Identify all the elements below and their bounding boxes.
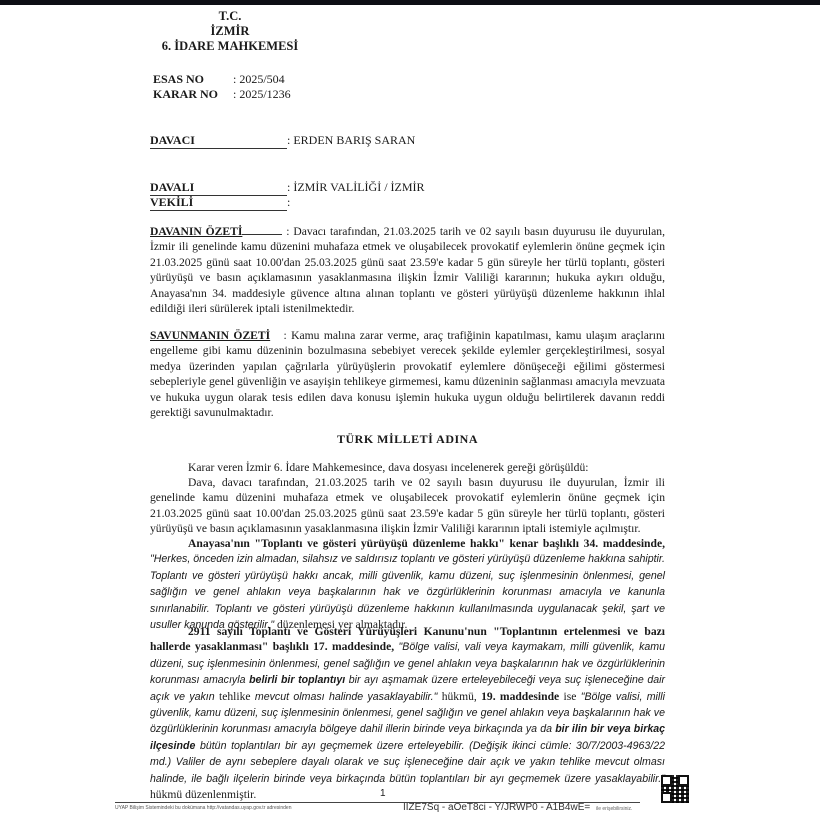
davanin-ozeti-label: DAVANIN ÖZETİ	[150, 225, 242, 238]
p3-quote: "Herkes, önceden izin almadan, silahsız …	[150, 553, 665, 631]
karar-no: KARAR NO: 2025/1236	[153, 87, 291, 102]
footer-verification-prefix: UYAP Bilişim Sistemindeki bu dokümana ht…	[115, 805, 291, 811]
p4-plain-3: ise	[559, 690, 581, 703]
p4-bold-2: 19. maddesinde	[481, 690, 559, 703]
party-davaci: DAVACI: ERDEN BARIŞ SARAN	[150, 133, 415, 149]
party-vekili: VEKİLİ:	[150, 195, 290, 211]
top-bar	[0, 0, 820, 5]
page-number: 1	[380, 788, 386, 799]
p4-emph-1: belirli bir toplantıyı	[249, 674, 345, 686]
karar-label: KARAR NO	[153, 87, 233, 102]
davaci-label: DAVACI	[150, 133, 287, 149]
header-court: 6. İDARE MAHKEMESİ	[140, 38, 320, 54]
qr-code-icon	[661, 775, 689, 803]
body-p2: Dava, davacı tarafından, 21.03.2025 tari…	[150, 475, 665, 537]
davanin-ozeti-text: : Davacı tarafından, 21.03.2025 tarih ve…	[150, 225, 665, 315]
p3-bold: Anayasa'nın "Toplantı ve gösteri yürüyüş…	[188, 537, 665, 550]
davali-value: : İZMİR VALİLİĞİ / İZMİR	[287, 180, 425, 194]
footer-verification-suffix: ile erişebilirsiniz.	[596, 806, 632, 812]
p4-tail: hükmü düzenlenmiştir.	[150, 788, 256, 801]
p4-quote-3: mevcut olması halinde yasaklayabilir."	[251, 691, 438, 703]
davaci-value: : ERDEN BARIŞ SARAN	[287, 133, 415, 147]
party-davali: DAVALI: İZMİR VALİLİĞİ / İZMİR	[150, 180, 425, 196]
vekili-label: VEKİLİ	[150, 195, 287, 211]
body-p4: 2911 sayılı Toplantı ve Gösteri Yürüyüşl…	[150, 624, 665, 802]
savunmanin-ozeti-text: : Kamu malına zarar verme, araç trafiğin…	[150, 329, 665, 419]
esas-value: : 2025/504	[233, 72, 285, 86]
body-p1: Karar veren İzmir 6. İdare Mahkemesince,…	[150, 460, 665, 475]
decision-title: TÜRK MİLLETİ ADINA	[150, 432, 665, 447]
p4-plain-2: hükmü,	[437, 690, 481, 703]
body-p3: Anayasa'nın "Toplantı ve gösteri yürüyüş…	[150, 536, 665, 633]
davanin-ozeti: DAVANIN ÖZETİ : Davacı tarafından, 21.03…	[150, 224, 665, 316]
esas-label: ESAS NO	[153, 72, 233, 87]
p4-plain-1: tehlike	[219, 690, 251, 703]
footer-verification-code: IIZE7Sq - aOeT8ci - Y/JRWP0 - A1B4wE=	[403, 802, 590, 813]
savunmanin-ozeti: SAVUNMANIN ÖZETİ : Kamu malına zarar ver…	[150, 328, 665, 420]
p4-quote-5: bütün toplantıları bir ayı geçmemek üzer…	[150, 740, 665, 785]
document-page: T.C. İZMİR 6. İDARE MAHKEMESİ ESAS NO: 2…	[0, 0, 820, 818]
header-tc: T.C.	[160, 8, 300, 24]
savunmanin-ozeti-label: SAVUNMANIN ÖZETİ	[150, 329, 270, 342]
karar-value: : 2025/1236	[233, 87, 291, 101]
davali-label: DAVALI	[150, 180, 287, 196]
vekili-value: :	[287, 195, 290, 209]
esas-no: ESAS NO: 2025/504	[153, 72, 285, 87]
header-city: İZMİR	[160, 23, 300, 39]
